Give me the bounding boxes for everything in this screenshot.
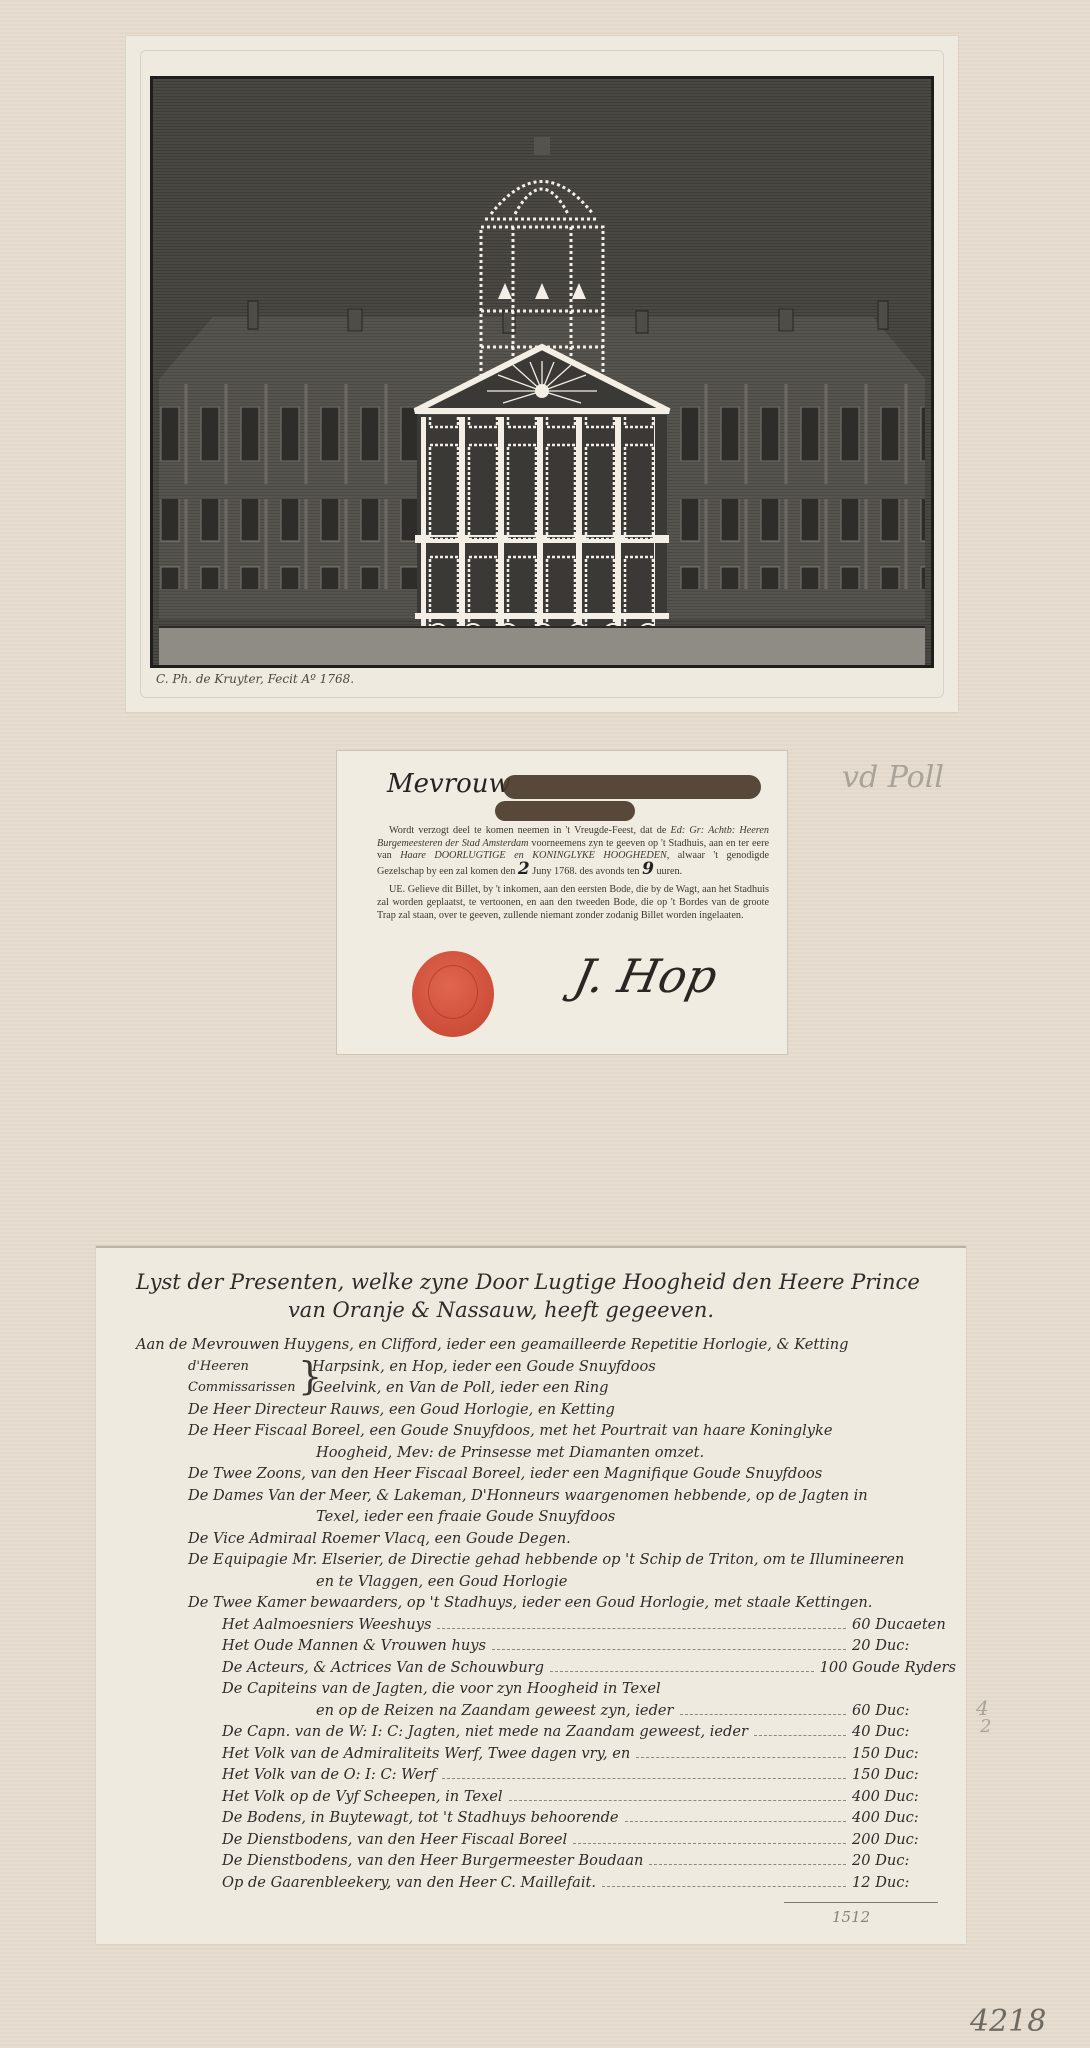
list-item: Aan de Mevrouwen Huygens, en Clifford, i… (136, 1334, 956, 1356)
amount: 100 Goude Ryders (820, 1657, 956, 1679)
engraver-signature: C. Ph. de Kruyter, Fecit Aº 1768. (156, 672, 354, 686)
invitation-paragraph-1: Wordt verzogt deel te komen neemen in 't… (377, 825, 769, 878)
list-item: De Twee Zoons, van den Heer Fiscaal Bore… (136, 1463, 956, 1485)
amount: 20 Duc: (852, 1635, 956, 1657)
handwritten-signature: J. Hop (569, 949, 722, 1003)
invitation-text: Wordt verzogt deel te komen neemen in 't… (377, 825, 769, 928)
handwritten-hour: 9 (642, 859, 654, 879)
list-item: Texel, ieder een fraaie Goude Snuyfdoos (136, 1506, 956, 1528)
amount: 200 Duc: (852, 1829, 956, 1851)
money-row: Het Volk op de Vyf Scheepen, in Texel400… (136, 1786, 956, 1808)
town-hall-illustration (153, 79, 931, 665)
handwritten-day: 2 (518, 859, 530, 879)
brace-icon: } (298, 1356, 312, 1399)
pencil-inventory-number: 4218 (970, 2004, 1046, 2039)
list-title: Lyst der Presenten, welke zyne Door Lugt… (136, 1268, 956, 1324)
amount: 60 Ducaeten (852, 1614, 956, 1636)
list-of-presents-manuscript: Lyst der Presenten, welke zyne Door Lugt… (96, 1246, 966, 1944)
money-row: Het Oude Mannen & Vrouwen huys20 Duc: (136, 1635, 956, 1657)
list-item: De Heer Directeur Rauws, een Goud Horlog… (136, 1399, 956, 1421)
money-row: en op de Reizen na Zaandam geweest zyn, … (136, 1700, 956, 1722)
etching-print: C. Ph. de Kruyter, Fecit Aº 1768. (126, 36, 958, 712)
illuminated-town-hall-image (150, 76, 934, 668)
salutation: Mevrouw (387, 769, 511, 799)
list-item: Hoogheid, Mev: de Prinsesse met Diamante… (136, 1442, 956, 1464)
amount: 150 Duc: (852, 1743, 956, 1765)
amount: 150 Duc: (852, 1764, 956, 1786)
list-item: en te Vlaggen, een Goud Horlogie (136, 1571, 956, 1593)
pencil-total: 1512 (832, 1908, 870, 1926)
red-wax-seal (412, 951, 494, 1037)
money-row: De Dienstbodens, van den Heer Burgermees… (136, 1850, 956, 1872)
amount: 400 Duc: (852, 1786, 956, 1808)
money-row: De Acteurs, & Actrices Van de Schouwburg… (136, 1657, 956, 1679)
list-item: De Twee Kamer bewaarders, op 't Stadhuys… (136, 1592, 956, 1614)
amount: 400 Duc: (852, 1807, 956, 1829)
amount: 12 Duc: (852, 1872, 956, 1894)
money-row: Het Aalmoesniers Weeshuys60 Ducaeten (136, 1614, 956, 1636)
pencil-fraction-denominator: 2 (980, 1716, 991, 1737)
gift-entries: Aan de Mevrouwen Huygens, en Clifford, i… (136, 1334, 956, 1893)
money-row: Op de Gaarenbleekery, van den Heer C. Ma… (136, 1872, 956, 1894)
list-item: De Dames Van der Meer, & Lakeman, D'Honn… (136, 1485, 956, 1507)
amount: 20 Duc: (852, 1850, 956, 1872)
invitation-ticket: Mevrouw Wordt verzogt deel te komen neem… (336, 750, 788, 1055)
list-item: Harpsink, en Hop, ieder een Goude Snuyfd… (312, 1356, 656, 1378)
invitation-paragraph-2: UE. Gelieve dit Billet, by 't inkomen, a… (377, 884, 769, 922)
amount: 40 Duc: (852, 1721, 956, 1743)
sum-line (784, 1902, 938, 1903)
list-item: Geelvink, en Van de Poll, ieder een Ring (312, 1377, 656, 1399)
money-row: De Dienstbodens, van den Heer Fiscaal Bo… (136, 1829, 956, 1851)
redacted-name-line1 (503, 775, 761, 799)
commissioners-entry: d'Heeren Commissarissen } Harpsink, en H… (136, 1356, 956, 1399)
pencil-collector-note: vd Poll (842, 760, 944, 795)
money-row: De Capn. van de W: I: C: Jagten, niet me… (136, 1721, 956, 1743)
list-item: De Vice Admiraal Roemer Vlacq, een Goude… (136, 1528, 956, 1550)
money-row: Het Volk van de Admiraliteits Werf, Twee… (136, 1743, 956, 1765)
amount: 60 Duc: (852, 1700, 956, 1722)
money-row: De Bodens, in Buytewagt, tot 't Stadhuys… (136, 1807, 956, 1829)
list-item: De Heer Fiscaal Boreel, een Goude Snuyfd… (136, 1420, 956, 1442)
list-item: De Equipagie Mr. Elserier, de Directie g… (136, 1549, 956, 1571)
money-row: De Capiteins van de Jagten, die voor zyn… (136, 1678, 956, 1700)
redacted-name-line2 (495, 801, 635, 821)
money-row: Het Volk van de O: I: C: Werf150 Duc: (136, 1764, 956, 1786)
